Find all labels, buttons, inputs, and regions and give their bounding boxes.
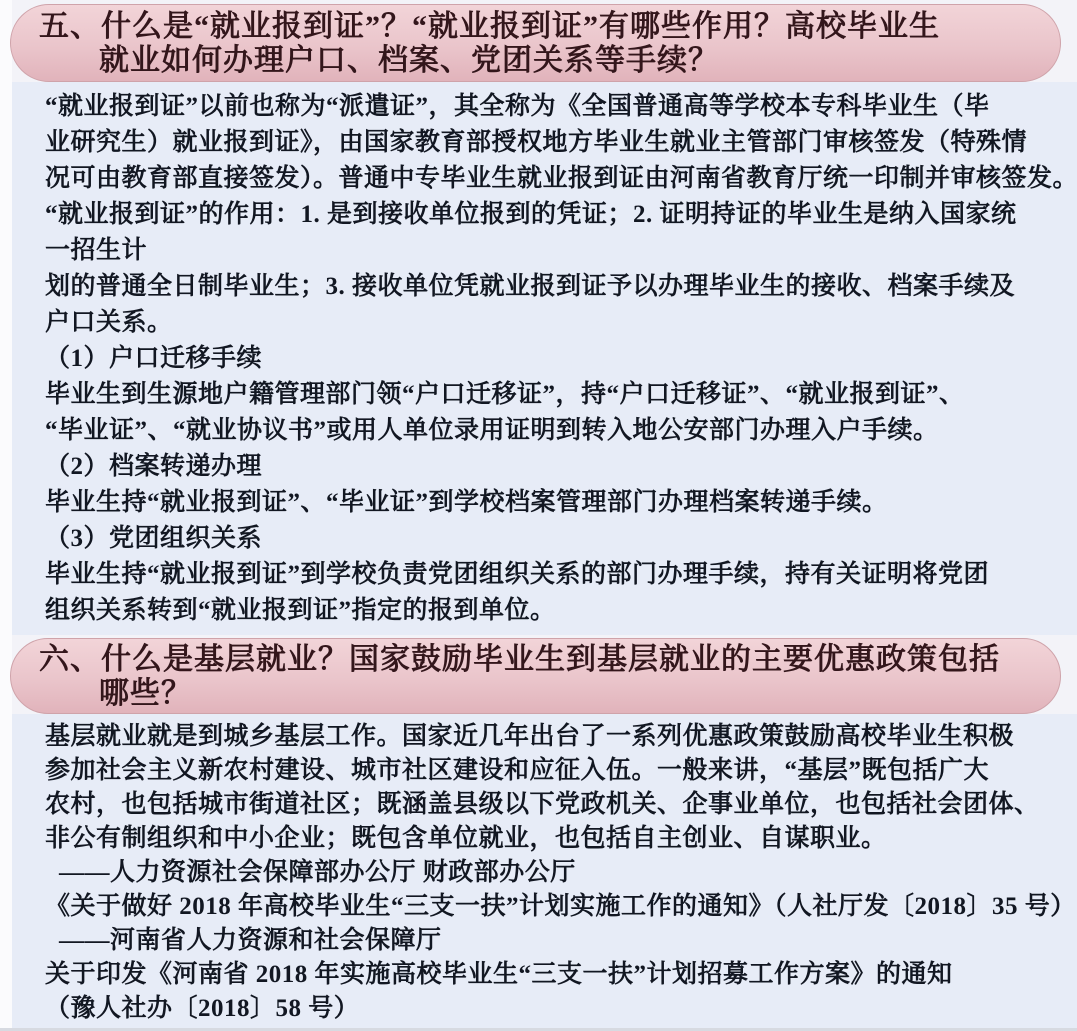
answer-5-line: “毕业证”、“就业协议书”或用人单位录用证明到转入地公安部门办理入户手续。 (45, 413, 1059, 449)
question-5-bubble: 五、什么是“就业报到证”？“就业报到证”有哪些作用？高校毕业生 就业如何办理户口… (10, 4, 1061, 82)
left-margin-strip (0, 0, 12, 1031)
question-6-line2: 哪些？ (11, 677, 1060, 711)
answer-5-line: 户口关系。 (45, 305, 1059, 341)
answer-6-line: 农村，也包括城市街道社区；既涵盖县级以下党政机关、企事业单位，也包括社会团体、 (45, 788, 1059, 822)
answer-5-line: “就业报到证”以前也称为“派遣证”，其全称为《全国普通高等学校本专科毕业生（毕 (45, 89, 1059, 125)
answer-5-line: （1）户口迁移手续 (45, 341, 1059, 377)
question-5-line2: 就业如何办理户口、档案、党团关系等手续？ (11, 44, 1060, 78)
answer-6-line: 关于印发《河南省 2018 年实施高校毕业生“三支一扶”计划招募工作方案》的通知 (45, 958, 1059, 992)
answer-5-line: 毕业生到生源地户籍管理部门领“户口迁移证”，持“户口迁移证”、“就业报到证”、 (45, 377, 1059, 413)
question-6-bubble: 六、什么是基层就业？国家鼓励毕业生到基层就业的主要优惠政策包括 哪些？ (10, 638, 1061, 714)
answer-5-line: 组织关系转到“就业报到证”指定的报到单位。 (45, 593, 1059, 629)
answer-6-line: 《关于做好 2018 年高校毕业生“三支一扶”计划实施工作的通知》（人社厅发〔2… (45, 890, 1059, 924)
answer-6-line: 基层就业就是到城乡基层工作。国家近几年出台了一系列优惠政策鼓励高校毕业生积极 (45, 720, 1059, 754)
answer-6-source-line: ——河南省人力资源和社会保障厅 (45, 924, 1059, 958)
answer-6-source-line: ——人力资源社会保障部办公厅 财政部办公厅 (45, 856, 1059, 890)
answer-6-line: 非公有制组织和中小企业；既包含单位就业，也包括自主创业、自谋职业。 (45, 822, 1059, 856)
answer-5-line: 划的普通全日制毕业生；3. 接收单位凭就业报到证予以办理毕业生的接收、档案手续及 (45, 269, 1059, 305)
answer-5-line: 毕业生持“就业报到证”到学校负责党团组织关系的部门办理手续，持有关证明将党团 (45, 557, 1059, 593)
answer-5-panel: “就业报到证”以前也称为“派遣证”，其全称为《全国普通高等学校本专科毕业生（毕 … (12, 82, 1077, 635)
answer-6-line: 参加社会主义新农村建设、城市社区建设和应征入伍。一般来讲，“基层”既包括广大 (45, 754, 1059, 788)
answer-5-line: 况可由教育部直接签发）。普通中专毕业生就业报到证由河南省教育厅统一印制并审核签发… (45, 161, 1059, 197)
question-5-line1: 五、什么是“就业报到证”？“就业报到证”有哪些作用？高校毕业生 (11, 10, 1060, 44)
document-page: 五、什么是“就业报到证”？“就业报到证”有哪些作用？高校毕业生 就业如何办理户口… (0, 0, 1077, 1031)
answer-5-line: 业研究生）就业报到证》，由国家教育部授权地方毕业生就业主管部门审核签发（特殊情 (45, 125, 1059, 161)
answer-5-line: “就业报到证”的作用：1. 是到接收单位报到的凭证；2. 证明持证的毕业生是纳入… (45, 197, 1059, 233)
answer-6-panel: 基层就业就是到城乡基层工作。国家近几年出台了一系列优惠政策鼓励高校毕业生积极 参… (12, 714, 1077, 1031)
question-6-line1: 六、什么是基层就业？国家鼓励毕业生到基层就业的主要优惠政策包括 (11, 643, 1060, 677)
answer-5-line: 一招生计 (45, 233, 1059, 269)
answer-5-line: （2）档案转递办理 (45, 449, 1059, 485)
answer-5-line: （3）党团组织关系 (45, 521, 1059, 557)
answer-6-line: （豫人社办〔2018〕58 号） (45, 992, 1059, 1026)
answer-5-line: 毕业生持“就业报到证”、“毕业证”到学校档案管理部门办理档案转递手续。 (45, 485, 1059, 521)
